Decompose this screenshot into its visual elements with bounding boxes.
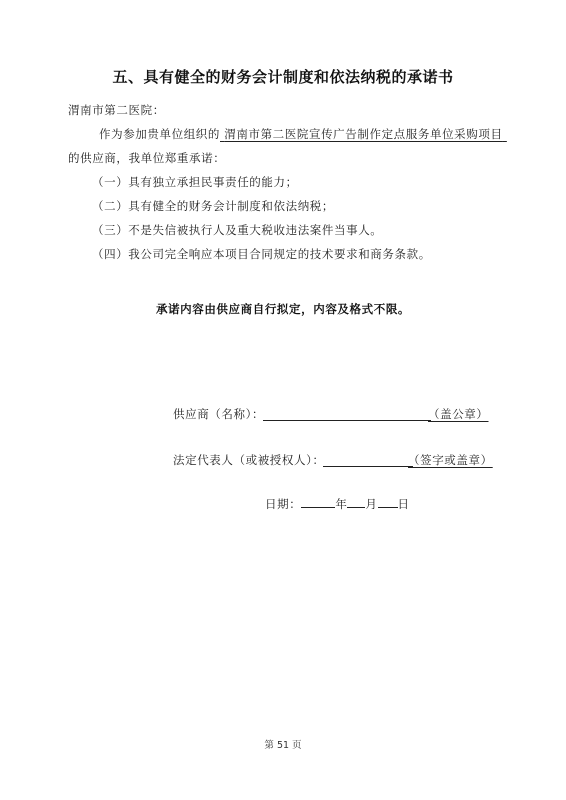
date-line: 日期：年月日 (265, 496, 410, 512)
date-label: 日期： (265, 497, 301, 511)
document-title: 五、具有健全的财务会计制度和依法纳税的承诺书 (0, 66, 566, 87)
commitment-item-3: （三）不是失信被执行人及重大税收违法案件当事人。 (92, 222, 382, 238)
intro-continuation: 的供应商，我单位郑重承诺： (68, 150, 225, 166)
supplier-name-label: 供应商（名称）： (173, 406, 264, 422)
addressee: 渭南市第二医院： (68, 102, 165, 118)
legal-rep-label: 法定代表人（或被授权人）： (173, 452, 325, 468)
document-page: 五、具有健全的财务会计制度和依法纳税的承诺书 渭南市第二医院： 作为参加贵单位组… (0, 0, 566, 800)
commitment-item-1: （一）具有独立承担民事责任的能力； (92, 174, 298, 190)
supplier-name-field[interactable] (263, 420, 431, 421)
format-notice: 承诺内容由供应商自行拟定，内容及格式不限。 (0, 301, 566, 317)
commitment-item-2: （二）具有健全的财务会计制度和依法纳税； (92, 198, 334, 214)
supplier-seal-note: （盖公章） (428, 406, 489, 422)
month-field[interactable] (347, 497, 365, 508)
intro-prefix: 作为参加贵单位组织的 (99, 127, 220, 141)
year-label: 年 (335, 497, 347, 511)
day-field[interactable] (378, 497, 398, 508)
page-number: 第 51 页 (0, 737, 566, 751)
day-label: 日 (398, 497, 410, 511)
intro-line: 作为参加贵单位组织的 渭南市第二医院宣传广告制作定点服务单位采购项目 (99, 126, 507, 142)
project-name: 渭南市第二医院宣传广告制作定点服务单位采购项目 (220, 127, 507, 141)
month-label: 月 (365, 497, 377, 511)
commitment-item-4: （四）我公司完全响应本项目合同规定的技术要求和商务条款。 (92, 246, 431, 262)
legal-rep-sign-note: （签字或盖章） (408, 452, 493, 468)
year-field[interactable] (301, 497, 335, 508)
legal-rep-field[interactable] (323, 466, 413, 467)
